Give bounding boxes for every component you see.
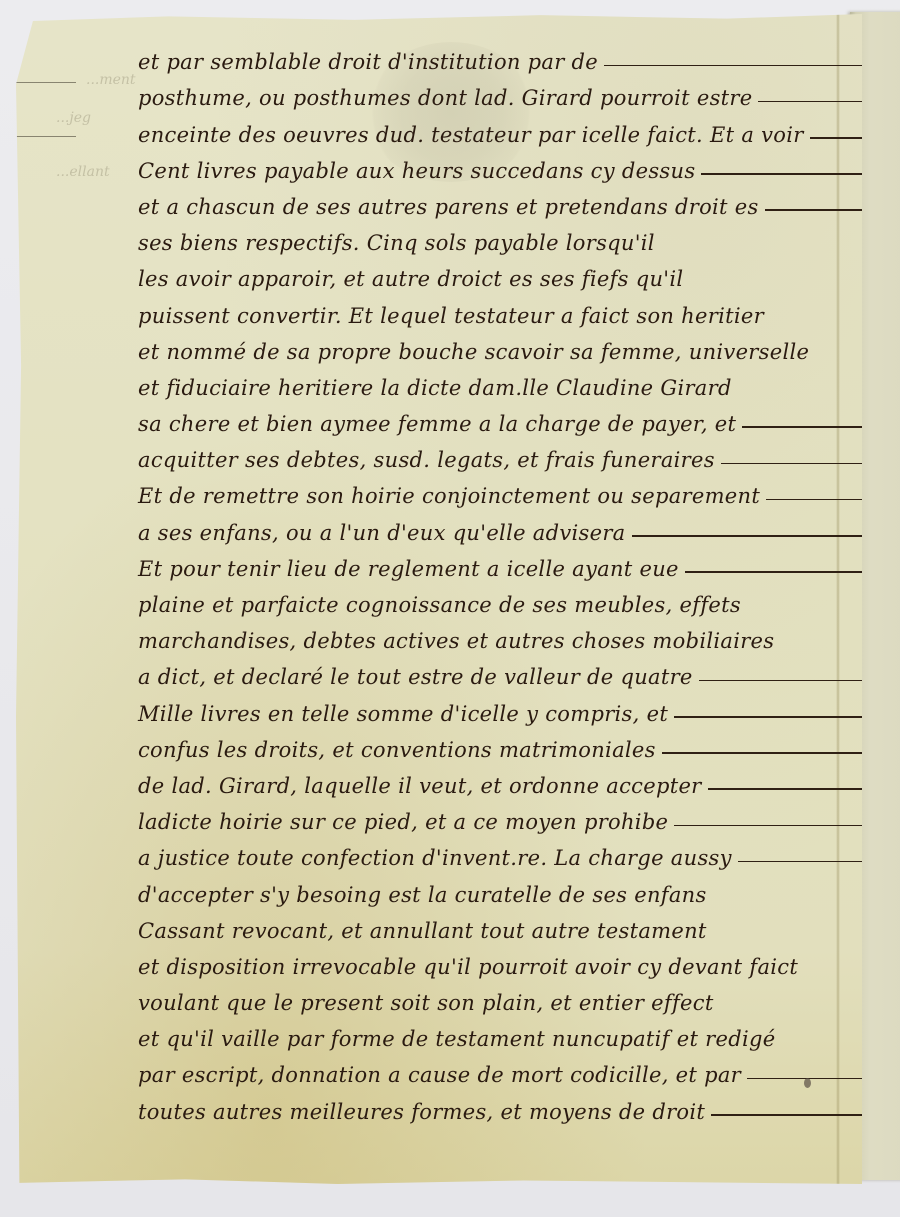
manuscript-line: posthume, ou posthumes dont lad. Girard …: [138, 80, 874, 116]
manuscript-line: Et de remettre son hoirie conjoinctement…: [138, 478, 874, 514]
manuscript-line: d'accepter s'y besoing est la curatelle …: [138, 876, 874, 912]
line-filler-stroke: [758, 101, 874, 103]
line-filler-stroke: [747, 1078, 874, 1080]
manuscript-line: de lad. Girard, laquelle il veut, et ord…: [138, 768, 874, 804]
line-filler-stroke: [701, 173, 874, 175]
manuscript-line: toutes autres meilleures formes, et moye…: [138, 1093, 874, 1129]
manuscript-line: acquitter ses debtes, susd. legats, et f…: [138, 442, 874, 478]
manuscript-line: et qu'il vaille par forme de testament n…: [138, 1021, 874, 1057]
line-filler-stroke: [632, 535, 875, 537]
margin-rule: [16, 136, 76, 137]
line-filler-stroke: [708, 788, 874, 790]
manuscript-line: ladicte hoirie sur ce pied, et a ce moye…: [138, 804, 874, 840]
manuscript-line: Cent livres payable aux heurs succedans …: [138, 153, 874, 189]
manuscript-line: et nommé de sa propre bouche scavoir sa …: [138, 334, 874, 370]
manuscript-line: confus les droits, et conventions matrim…: [138, 732, 874, 768]
manuscript-line: plaine et parfaicte cognoissance de ses …: [138, 587, 874, 623]
line-filler-stroke: [662, 752, 874, 754]
manuscript-line: puissent convertir. Et lequel testateur …: [138, 297, 874, 333]
manuscript-page: ...ment ...jeg ...ellant et par semblabl…: [16, 14, 862, 1184]
manuscript-line: et par semblable droit d'institution par…: [138, 44, 874, 80]
manuscript-line: Et pour tenir lieu de reglement a icelle…: [138, 551, 874, 587]
manuscript-line: Cassant revocant, et annullant tout autr…: [138, 913, 874, 949]
line-filler-stroke: [765, 209, 874, 211]
manuscript-line: et fiduciaire heritiere la dicte dam.lle…: [138, 370, 874, 406]
manuscript-line: et disposition irrevocable qu'il pourroi…: [138, 949, 874, 985]
manuscript-line: a ses enfans, ou a l'un d'eux qu'elle ad…: [138, 514, 874, 550]
line-filler-stroke: [711, 1114, 874, 1116]
line-filler-stroke: [674, 825, 874, 827]
manuscript-line: enceinte des oeuvres dud. testateur par …: [138, 116, 874, 152]
manuscript-line: et a chascun de ses autres parens et pre…: [138, 189, 874, 225]
line-filler-stroke: [738, 861, 874, 863]
manuscript-line: ses biens respectifs. Cinq sols payable …: [138, 225, 874, 261]
line-filler-stroke: [604, 65, 874, 67]
line-filler-stroke: [766, 499, 874, 501]
photo-scene: ...ment ...jeg ...ellant et par semblabl…: [0, 0, 900, 1217]
margin-ghost-text: ...ellant: [56, 164, 110, 180]
margin-ghost-text: ...ment: [86, 72, 136, 88]
manuscript-line: a justice toute confection d'invent.re. …: [138, 840, 874, 876]
manuscript-line: par escript, donnation a cause de mort c…: [138, 1057, 874, 1093]
manuscript-line: a dict, et declaré le tout estre de vall…: [138, 659, 874, 695]
manuscript-line: Mille livres en telle somme d'icelle y c…: [138, 695, 874, 731]
manuscript-line: marchandises, debtes actives et autres c…: [138, 623, 874, 659]
ink-blot: [804, 1078, 811, 1088]
manuscript-line: voulant que le present soit son plain, e…: [138, 985, 874, 1021]
manuscript-line: les avoir apparoir, et autre droict es s…: [138, 261, 874, 297]
line-filler-stroke: [721, 463, 874, 465]
line-filler-stroke: [685, 571, 874, 573]
line-filler-stroke: [742, 426, 874, 428]
line-filler-stroke: [699, 680, 874, 682]
margin-ghost-text: ...jeg: [56, 110, 91, 126]
line-filler-stroke: [674, 716, 874, 718]
margin-rule: [16, 82, 76, 83]
manuscript-line: sa chere et bien aymee femme a la charge…: [138, 406, 874, 442]
handwritten-text-block: et par semblable droit d'institution par…: [138, 44, 874, 1130]
